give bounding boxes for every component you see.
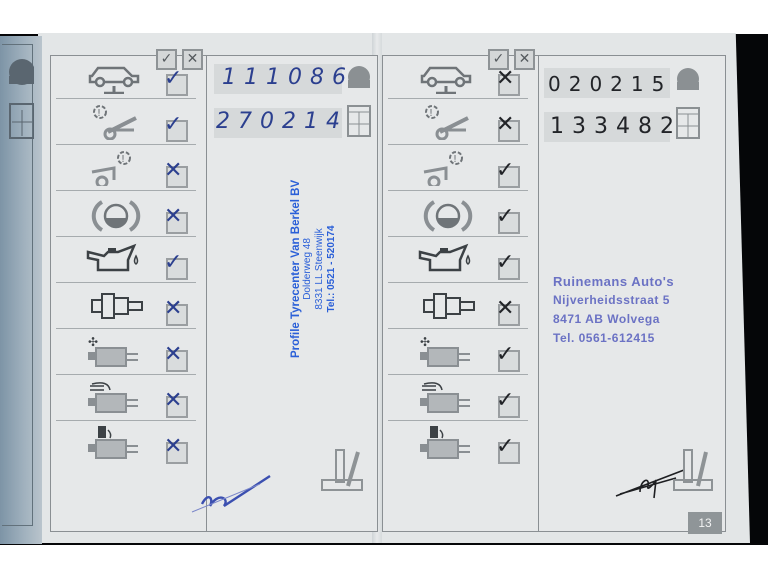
check-box[interactable]: ✓ [498,350,520,372]
booklet-photo: ✓ ✕ ✓!✓!✕✕✓✕✣✕✕✕ 111086 270214 Profile T… [0,0,768,576]
checklist-row: ✓ [56,236,196,283]
checklist-row: !✕ [56,144,196,191]
cabin-air-filter-icon: ✣ [414,334,478,370]
check-mark: ✕ [496,68,514,90]
svg-text:✣: ✣ [420,335,430,349]
check-box[interactable]: ✓ [498,258,520,280]
svg-text:!: ! [121,154,125,165]
check-box[interactable]: ✕ [166,304,188,326]
check-mark: ✓ [496,252,514,274]
check-mark: ✓ [164,68,182,90]
car-lift-icon [82,58,146,94]
brake-warning-rear-icon: ! [414,150,478,186]
date-value-entry-2: 133482 [550,114,682,139]
air-filter-icon [82,380,146,416]
odometer-and-calendar-icons-entry-2 [673,66,703,142]
fuel-filter-icon [414,426,478,462]
checklist-row: ✣✕ [56,328,196,375]
bottom-border [0,545,768,576]
checklist-row: ✓ [388,374,528,421]
check-box[interactable]: ✓ [498,396,520,418]
check-box[interactable]: ✓ [498,442,520,464]
top-border [0,0,768,34]
fuel-filter-icon [82,426,146,462]
check-box[interactable]: ✓ [498,212,520,234]
check-mark: ✕ [164,390,182,412]
air-filter-icon [414,380,478,416]
brake-warning-front-icon: ! [82,104,146,140]
oil-can-icon [414,242,478,278]
check-mark: ✕ [164,160,182,182]
check-mark: ✓ [496,390,514,412]
workshop-stamp-entry-2: Ruinemans Auto's Nijverheidsstraat 5 847… [553,272,674,348]
brake-fluid-icon [82,196,146,232]
oil-can-icon [82,242,146,278]
check-mark: ✓ [496,160,514,182]
check-box[interactable]: ✓ [166,120,188,142]
brake-warning-rear-icon: ! [82,150,146,186]
check-mark: ✕ [164,436,182,458]
odometer-icon [4,54,34,164]
check-mark: ✓ [496,206,514,228]
checklist-row: ✓ [388,420,528,466]
check-mark: ✕ [164,206,182,228]
check-box[interactable]: ✕ [166,396,188,418]
signature-entry-1 [190,468,280,513]
check-box[interactable]: ✕ [166,442,188,464]
checklist-row: ✓ [388,236,528,283]
checklist-row: ✕ [56,420,196,466]
svg-text:✣: ✣ [88,335,98,349]
check-box[interactable]: ✕ [166,350,188,372]
checklist-row: ✣✓ [388,328,528,375]
check-mark: ✓ [164,252,182,274]
mileage-value-entry-1: 111086 [222,65,354,90]
seat-signature-icon-entry-2 [672,446,718,496]
cabin-air-filter-icon: ✣ [82,334,146,370]
check-mark: ✓ [496,436,514,458]
checklist-row: ✓ [388,190,528,237]
seat-signature-icon-entry-1 [320,446,366,496]
check-box[interactable]: ✕ [498,74,520,96]
svg-text:!: ! [429,108,433,119]
spark-plug-icon [82,288,146,324]
page-number: 13 [688,512,722,534]
check-mark: ✕ [164,344,182,366]
checklist-row: !✕ [388,98,528,145]
check-box[interactable]: ✓ [498,166,520,188]
brake-fluid-icon [414,196,478,232]
check-mark: ✕ [164,298,182,320]
checklist-row: ✕ [388,282,528,329]
spark-plug-icon [414,288,478,324]
check-mark: ✕ [496,114,514,136]
checklist-row: !✓ [56,98,196,145]
checklist-row: ✓ [56,52,196,99]
checklist-row: !✓ [388,144,528,191]
previous-page-edge [0,36,42,544]
check-box[interactable]: ✓ [166,74,188,96]
svg-text:!: ! [97,108,101,119]
checklist-row: ✕ [56,190,196,237]
checklist-row: ✕ [388,52,528,99]
check-mark: ✕ [496,298,514,320]
check-mark: ✓ [496,344,514,366]
date-value-entry-1: 270214 [216,109,348,134]
checklist-row: ✕ [56,282,196,329]
brake-warning-front-icon: ! [414,104,478,140]
check-box[interactable]: ✕ [498,304,520,326]
checklist-row: ✕ [56,374,196,421]
check-mark: ✓ [164,114,182,136]
check-box[interactable]: ✕ [498,120,520,142]
check-box[interactable]: ✕ [166,166,188,188]
workshop-stamp-entry-1: Profile Tyrecenter Van Berkel BV Dolderw… [290,180,338,358]
check-box[interactable]: ✕ [166,212,188,234]
svg-text:!: ! [453,154,457,165]
car-lift-icon [414,58,478,94]
mileage-value-entry-2: 020215 [548,72,672,96]
check-box[interactable]: ✓ [166,258,188,280]
odometer-and-calendar-icons-entry-1 [345,64,373,140]
